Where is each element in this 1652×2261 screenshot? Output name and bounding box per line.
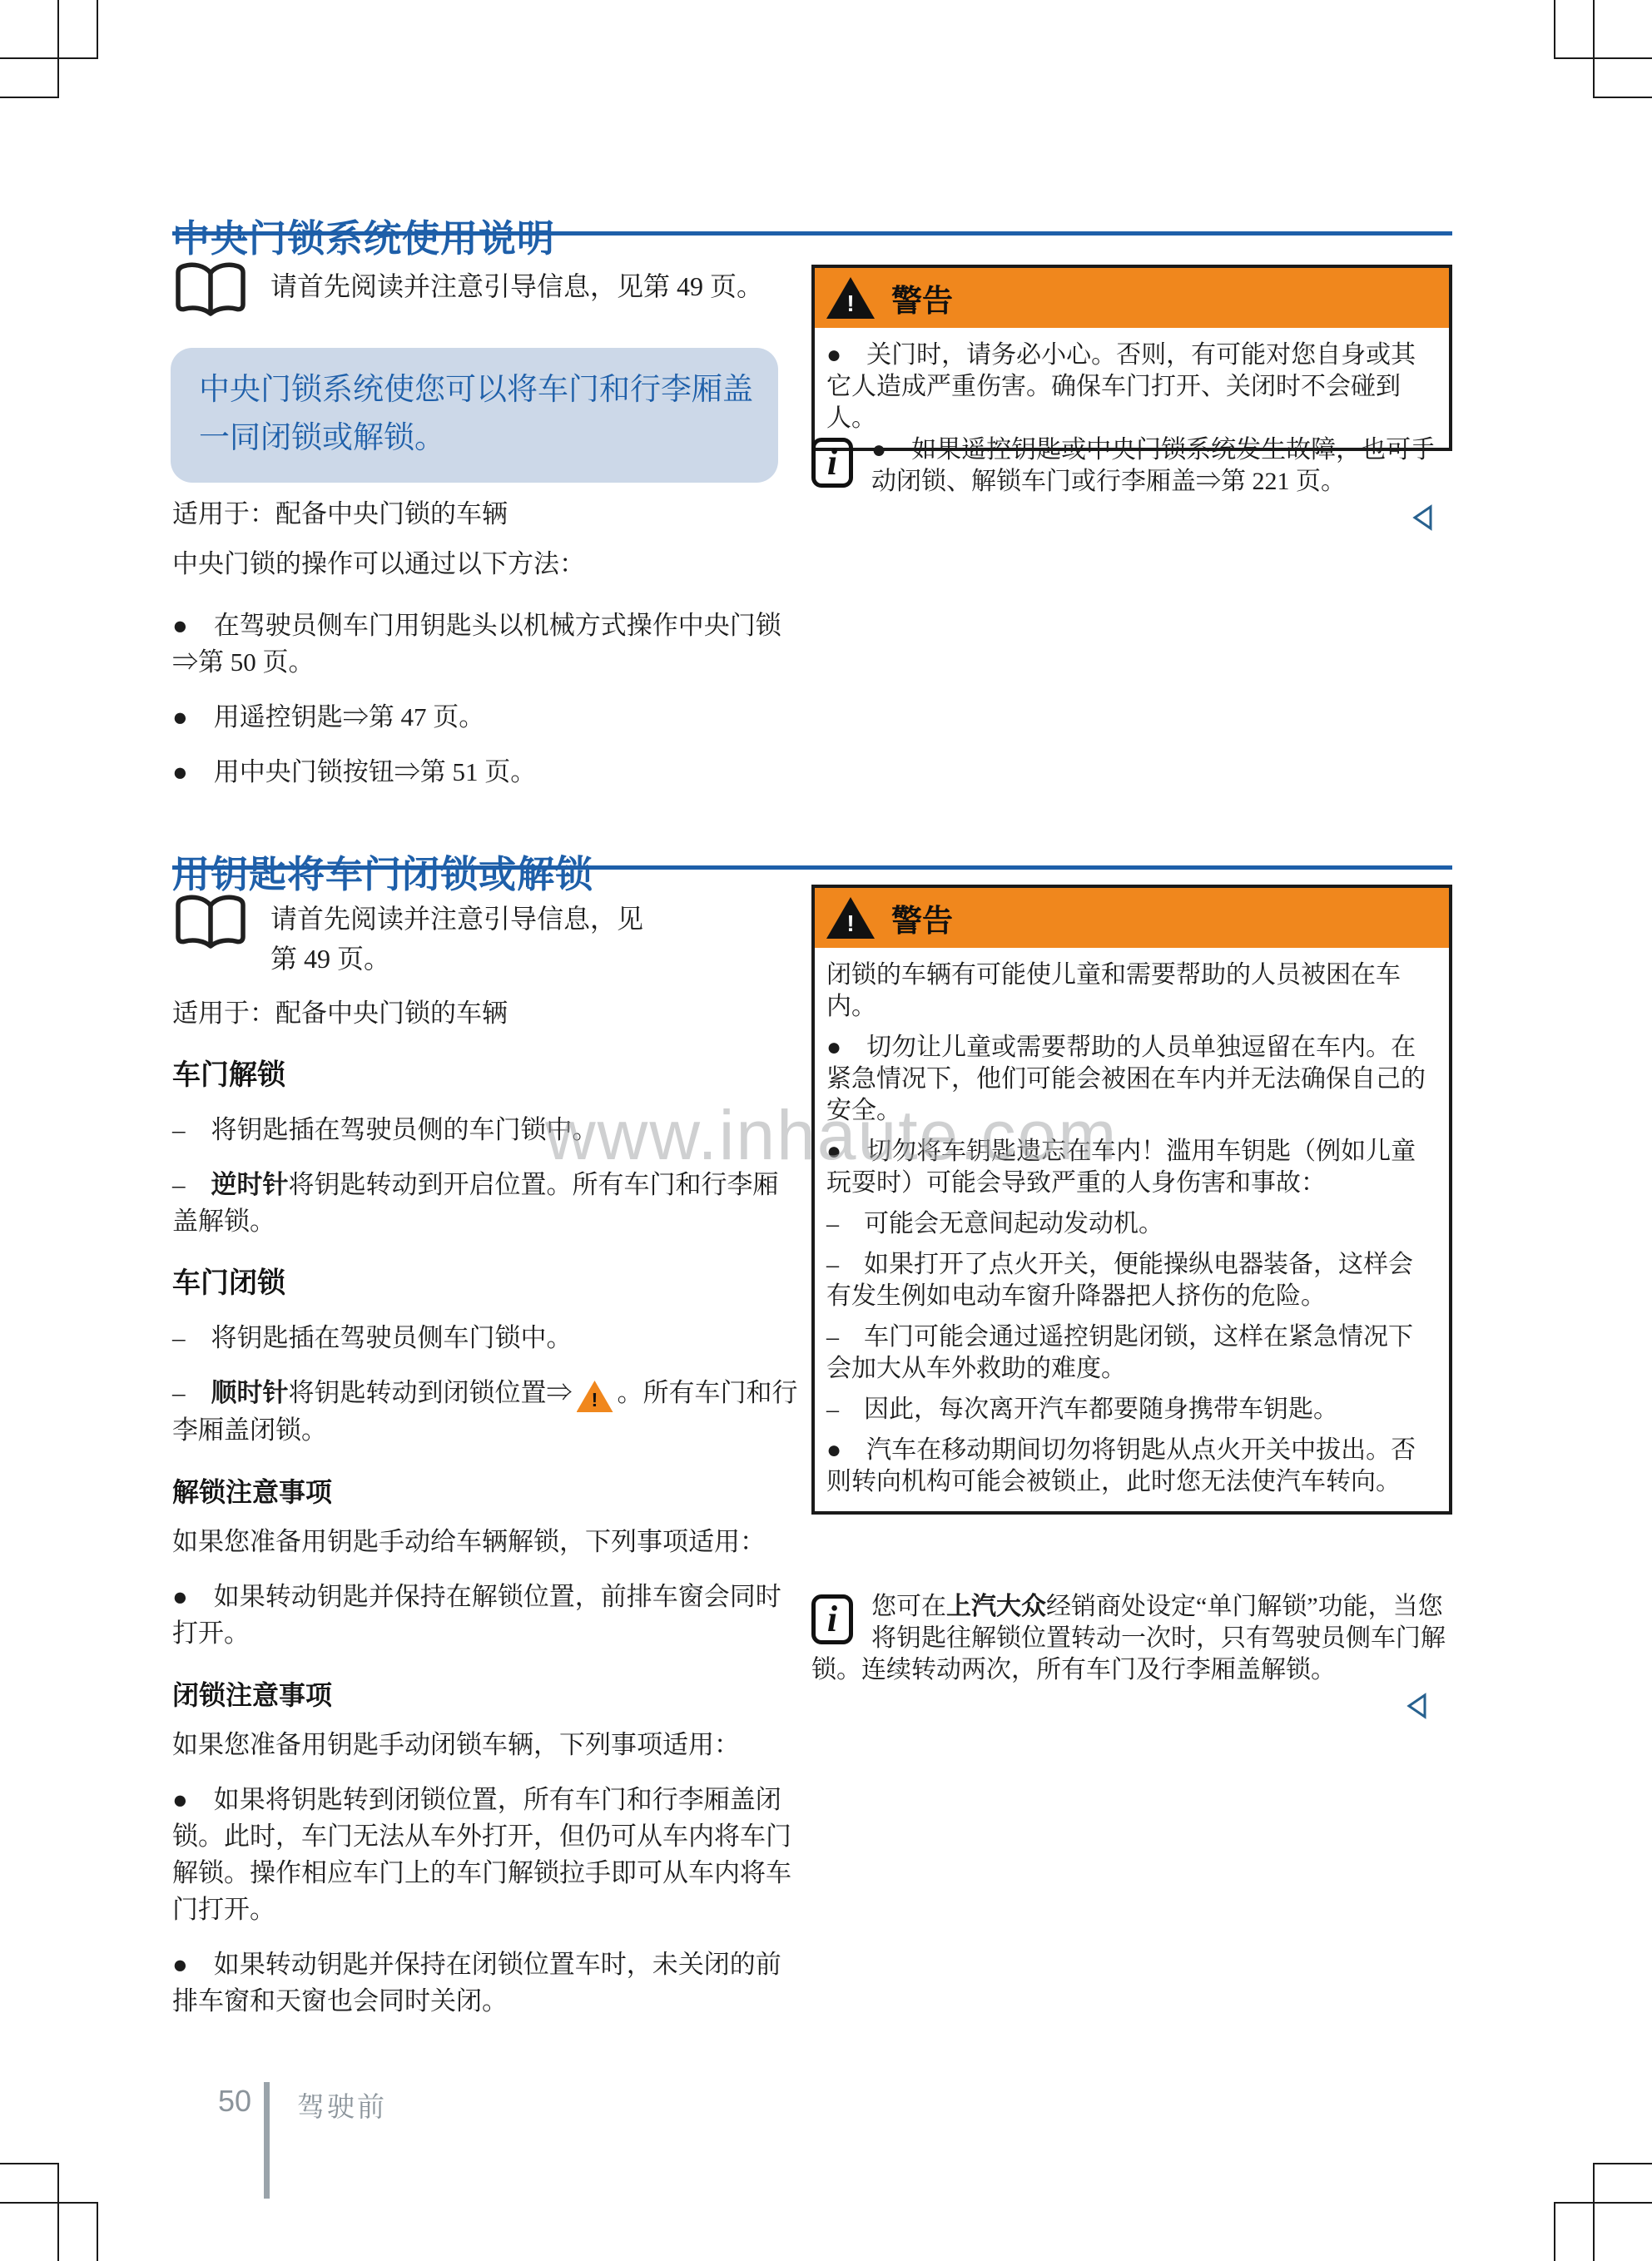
lock-step: – 将钥匙插在驾驶员侧车门锁中。 (172, 1320, 798, 1356)
warning-paragraph: ● 汽车在移动期间切勿将钥匙从点火开关中拔出。否则转向机构可能会被锁止，此时您无… (826, 1435, 1436, 1498)
info-note-text: ● 如果遥控钥匙或中央门锁系统发生故障，也可手动闭锁、解锁车门或行李厢盖⇒第 2… (871, 436, 1436, 495)
lock-heading: 车门闭锁 (172, 1265, 798, 1302)
warning-paragraph: – 车门可能会通过遥控钥匙闭锁，这样在紧急情况下会加大从车外救助的难度。 (826, 1321, 1436, 1385)
inline-warning-triangle-icon: ! (577, 1381, 613, 1412)
emphasis-counterclockwise: 逆时针 (211, 1170, 289, 1199)
back-reference-icon (1412, 504, 1433, 539)
info-note-text: 您可在上汽大众经销商处设定“单门解锁”功能，当您将钥匙往解锁位置转动一次时，只有… (811, 1593, 1446, 1683)
dash-marker: – (172, 1170, 211, 1199)
lock-note-item: ● 如果将钥匙转到闭锁位置，所有车门和行李厢盖闭锁。此时，车门无法从车外打开，但… (172, 1782, 798, 1928)
lock-step: – 顺时针将钥匙转动到闭锁位置⇒!。所有车门和行李厢盖闭锁。 (172, 1375, 798, 1449)
section2-title: 用钥匙将车门闭锁或解锁 (172, 844, 593, 898)
manual-page: 中央门锁系统使用说明 请首先阅读并注意引导信息，见第 49 页。 中央门锁系统使… (0, 0, 1652, 2261)
unlock-step: – 逆时针将钥匙转动到开启位置。所有车门和行李厢盖解锁。 (172, 1167, 798, 1240)
applies-to-text: 适用于：配备中央门锁的车辆 (172, 496, 798, 533)
read-first-text: 请首先阅读并注意引导信息，见 第 49 页。 (270, 892, 643, 979)
section1-warning-box: ! 警告 ● 关门时，请务必小心。否则，有可能对您自身或其它人造成严重伤害。确保… (811, 265, 1452, 451)
warning-body: 闭锁的车辆有可能使儿童和需要帮助的人员被困在车内。 ● 切勿让儿童或需要帮助的人… (815, 948, 1449, 1511)
read-first-line2: 第 49 页。 (270, 939, 643, 979)
lock-note-item: ● 如果转动钥匙并保持在闭锁位置车时，未关闭的前排车窗和天窗也会同时关闭。 (172, 1946, 798, 2020)
warning-header: ! 警告 (815, 888, 1449, 948)
section1-title-rule (172, 231, 1452, 236)
warning-paragraph: ● 切勿让儿童或需要帮助的人员单独逗留在车内。在紧急情况下，他们可能会被困在车内… (826, 1032, 1436, 1127)
warning-paragraph: – 因此，每次离开汽车都要随身携带车钥匙。 (826, 1394, 1436, 1426)
warning-triangle-icon: ! (826, 897, 875, 939)
footer-section-label: 驾驶前 (297, 2085, 387, 2125)
section2-read-first-note: 请首先阅读并注意引导信息，见 第 49 页。 (172, 892, 821, 979)
unlock-notes-intro: 如果您准备用钥匙手动给车辆解锁，下列事项适用： (172, 1524, 798, 1560)
warning-paragraph: 闭锁的车辆有可能使儿童和需要帮助的人员被困在车内。 (826, 959, 1436, 1023)
warning-body: ● 关门时，请务必小心。否则，有可能对您自身或其它人造成严重伤害。确保车门打开、… (815, 328, 1449, 448)
warning-title: 警告 (891, 275, 953, 320)
method-item: ● 用中央门锁按钮⇒第 51 页。 (172, 754, 798, 791)
footer-divider-bar (264, 2082, 270, 2199)
exclamation-glyph: ! (846, 292, 854, 315)
read-first-text: 请首先阅读并注意引导信息，见第 49 页。 (270, 260, 763, 306)
section2-title-rule (172, 865, 1452, 870)
method-item: ● 在驾驶员侧车门用钥匙头以机械方式操作中央门锁⇒第 50 页。 (172, 607, 798, 681)
section2-left-column: 适用于：配备中央门锁的车辆 车门解锁 – 将钥匙插在驾驶员侧的车门锁中。 – 逆… (172, 995, 798, 2038)
section1-info-note: i ● 如果遥控钥匙或中央门锁系统发生故障，也可手动闭锁、解锁车门或行李厢盖⇒第… (811, 434, 1452, 559)
info-icon: i (811, 1594, 853, 1644)
lock-step-text: 将钥匙转动到闭锁位置⇒ (289, 1378, 573, 1407)
warning-paragraph: – 可能会无意间起动发动机。 (826, 1208, 1436, 1240)
open-book-icon (172, 260, 249, 325)
summary-line-1: 中央门锁系统使您可以将车门和行李厢盖 (199, 366, 755, 414)
warning-paragraph: – 如果打开了点火开关，便能操纵电器装备，这样会有发生例如电动车窗升降器把人挤伤… (826, 1249, 1436, 1312)
warning-triangle-icon: ! (826, 277, 875, 319)
method-item: ● 用遥控钥匙⇒第 47 页。 (172, 699, 798, 736)
warning-header: ! 警告 (815, 268, 1449, 328)
unlock-heading: 车门解锁 (172, 1057, 798, 1093)
read-first-line1: 请首先阅读并注意引导信息，见 (270, 899, 643, 939)
section2-info-note: i 您可在上汽大众经销商处设定“单门解锁”功能，当您将钥匙往解锁位置转动一次时，… (811, 1591, 1452, 1728)
lock-notes-heading: 闭锁注意事项 (172, 1677, 798, 1713)
info-note-pre: 您可在 (871, 1593, 946, 1620)
unlock-note-item: ● 如果转动钥匙并保持在解锁位置，前排车窗会同时打开。 (172, 1579, 798, 1652)
warning-title: 警告 (891, 895, 953, 940)
central-locking-summary-box: 中央门锁系统使您可以将车门和行李厢盖 一同闭锁或解锁。 (171, 348, 778, 483)
section2-warning-box: ! 警告 闭锁的车辆有可能使儿童和需要帮助的人员被困在车内。 ● 切勿让儿童或需… (811, 885, 1452, 1515)
warning-paragraph: ● 切勿将车钥匙遗忘在车内！滥用车钥匙（例如儿童玩耍时）可能会导致严重的人身伤害… (826, 1136, 1436, 1199)
info-glyph: i (827, 1604, 837, 1635)
lock-notes-intro: 如果您准备用钥匙手动闭锁车辆，下列事项适用： (172, 1727, 798, 1763)
applies-to-text: 适用于：配备中央门锁的车辆 (172, 995, 798, 1032)
exclamation-glyph: ! (846, 912, 854, 935)
open-book-icon (172, 892, 249, 958)
info-icon: i (811, 438, 853, 488)
section1-read-first-note: 请首先阅读并注意引导信息，见第 49 页。 (172, 260, 821, 325)
dash-marker: – (172, 1378, 211, 1407)
section1-left-column: 适用于：配备中央门锁的车辆 中央门锁的操作可以通过以下方法： ● 在驾驶员侧车门… (172, 496, 798, 809)
emphasis-dealer: 上汽大众 (946, 1593, 1046, 1620)
back-reference-icon (1406, 1693, 1427, 1728)
page-number: 50 (198, 2084, 251, 2119)
emphasis-clockwise: 顺时针 (211, 1378, 289, 1407)
info-glyph: i (827, 447, 837, 478)
summary-line-2: 一同闭锁或解锁。 (199, 414, 755, 463)
exclamation-glyph: ! (592, 1391, 598, 1410)
unlock-notes-heading: 解锁注意事项 (172, 1474, 798, 1510)
warning-paragraph: ● 关门时，请务必小心。否则，有可能对您自身或其它人造成严重伤害。确保车门打开、… (826, 340, 1436, 434)
unlock-step: – 将钥匙插在驾驶员侧的车门锁中。 (172, 1112, 798, 1148)
methods-intro-text: 中央门锁的操作可以通过以下方法： (172, 546, 798, 583)
